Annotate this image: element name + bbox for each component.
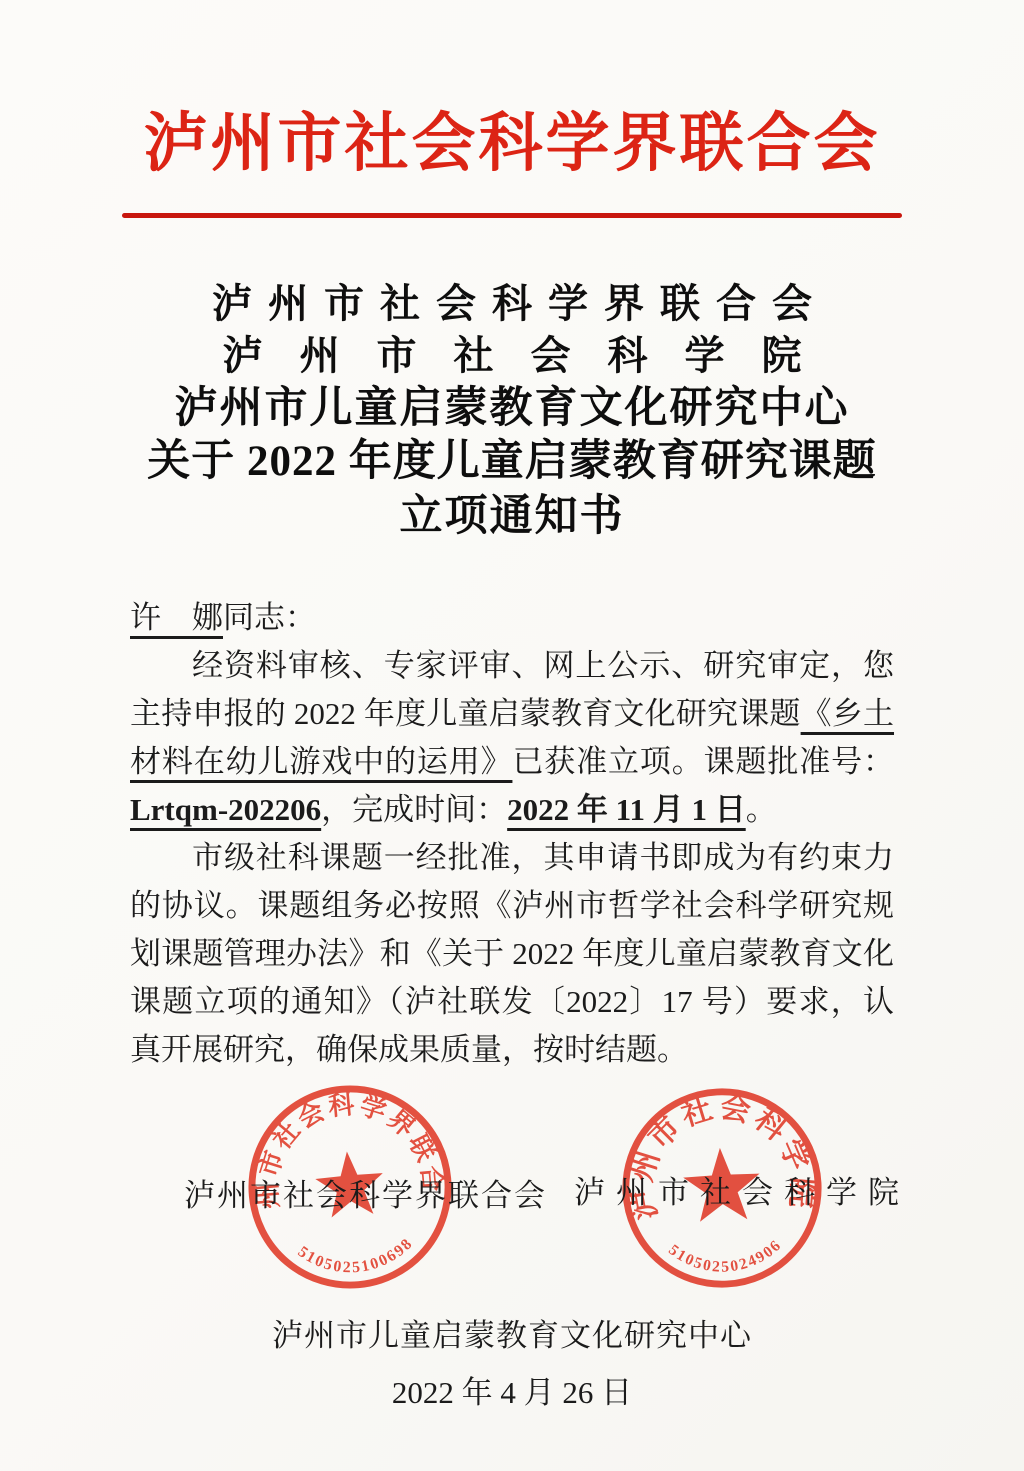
text-segment: 许 娜 bbox=[130, 600, 223, 635]
signature-org-federation: 泸州市社会科学界联合会 bbox=[184, 1170, 547, 1215]
scanned-official-letter: 泸州市社会科学界联合会 泸州市社会科学界联合会 泸州市社会科学院 泸州市儿童启蒙… bbox=[0, 0, 1024, 1471]
text-segment: 2022 年 11 月 1 日 bbox=[507, 792, 746, 827]
footer-date: 2022 年 4 月 26 日 bbox=[130, 1373, 894, 1413]
title-line-notice-type: 立项通知书 bbox=[130, 489, 894, 544]
text-segment: 同志： bbox=[223, 600, 316, 635]
text-segment: 经资料审核、专家评审、网上公示、研究审定，您主持申报的 2022 年度儿童启蒙教… bbox=[130, 648, 894, 731]
obligations-paragraph: 市级社科课题一经批准，其申请书即成为有约束力的协议。课题组务必按照《泸州市哲学社… bbox=[130, 834, 894, 1074]
text-segment: 市级社科课题一经批准，其申请书即成为有约束力的协议。课题组务必按照《泸州市哲学社… bbox=[130, 840, 894, 1067]
signature-org-academy: 泸州市社会科学院 bbox=[574, 1167, 910, 1212]
title-line-research-center: 泸州市儿童启蒙教育文化研究中心 bbox=[130, 382, 894, 435]
letter-content: 泸州市社会科学界联合会 泸州市社会科学界联合会 泸州市社会科学院 泸州市儿童启蒙… bbox=[0, 0, 1024, 1413]
title-line-federation: 泸州市社会科学界联合会 bbox=[130, 278, 894, 330]
letterhead-red-rule bbox=[122, 213, 902, 218]
footer-issuer-org: 泸州市儿童启蒙教育文化研究中心 bbox=[130, 1316, 894, 1356]
salutation-line: 许 娜同志： bbox=[130, 594, 894, 642]
title-line-subject: 关于 2022 年度儿童启蒙教育研究课题 bbox=[130, 435, 894, 489]
text-segment: 已获准立项。课题批准号： bbox=[512, 744, 894, 779]
letter-body: 许 娜同志： 经资料审核、专家评审、网上公示、研究审定，您主持申报的 2022 … bbox=[130, 594, 894, 1074]
title-line-academy: 泸州市社会科学院 bbox=[130, 330, 894, 382]
text-segment: 。 bbox=[746, 792, 777, 827]
text-segment: Lrtqm-202206 bbox=[130, 792, 321, 827]
text-segment: ，完成时间： bbox=[321, 792, 507, 827]
document-title-block: 泸州市社会科学界联合会 泸州市社会科学院 泸州市儿童启蒙教育文化研究中心 关于 … bbox=[130, 278, 894, 544]
signature-band: 泸州市社会科学界联合会 5105025100698 泸州市社会科学院 51050… bbox=[130, 1074, 894, 1320]
letterhead-org-name: 泸州市社会科学界联合会 bbox=[130, 0, 894, 183]
approval-paragraph: 经资料审核、专家评审、网上公示、研究审定，您主持申报的 2022 年度儿童启蒙教… bbox=[130, 642, 894, 834]
